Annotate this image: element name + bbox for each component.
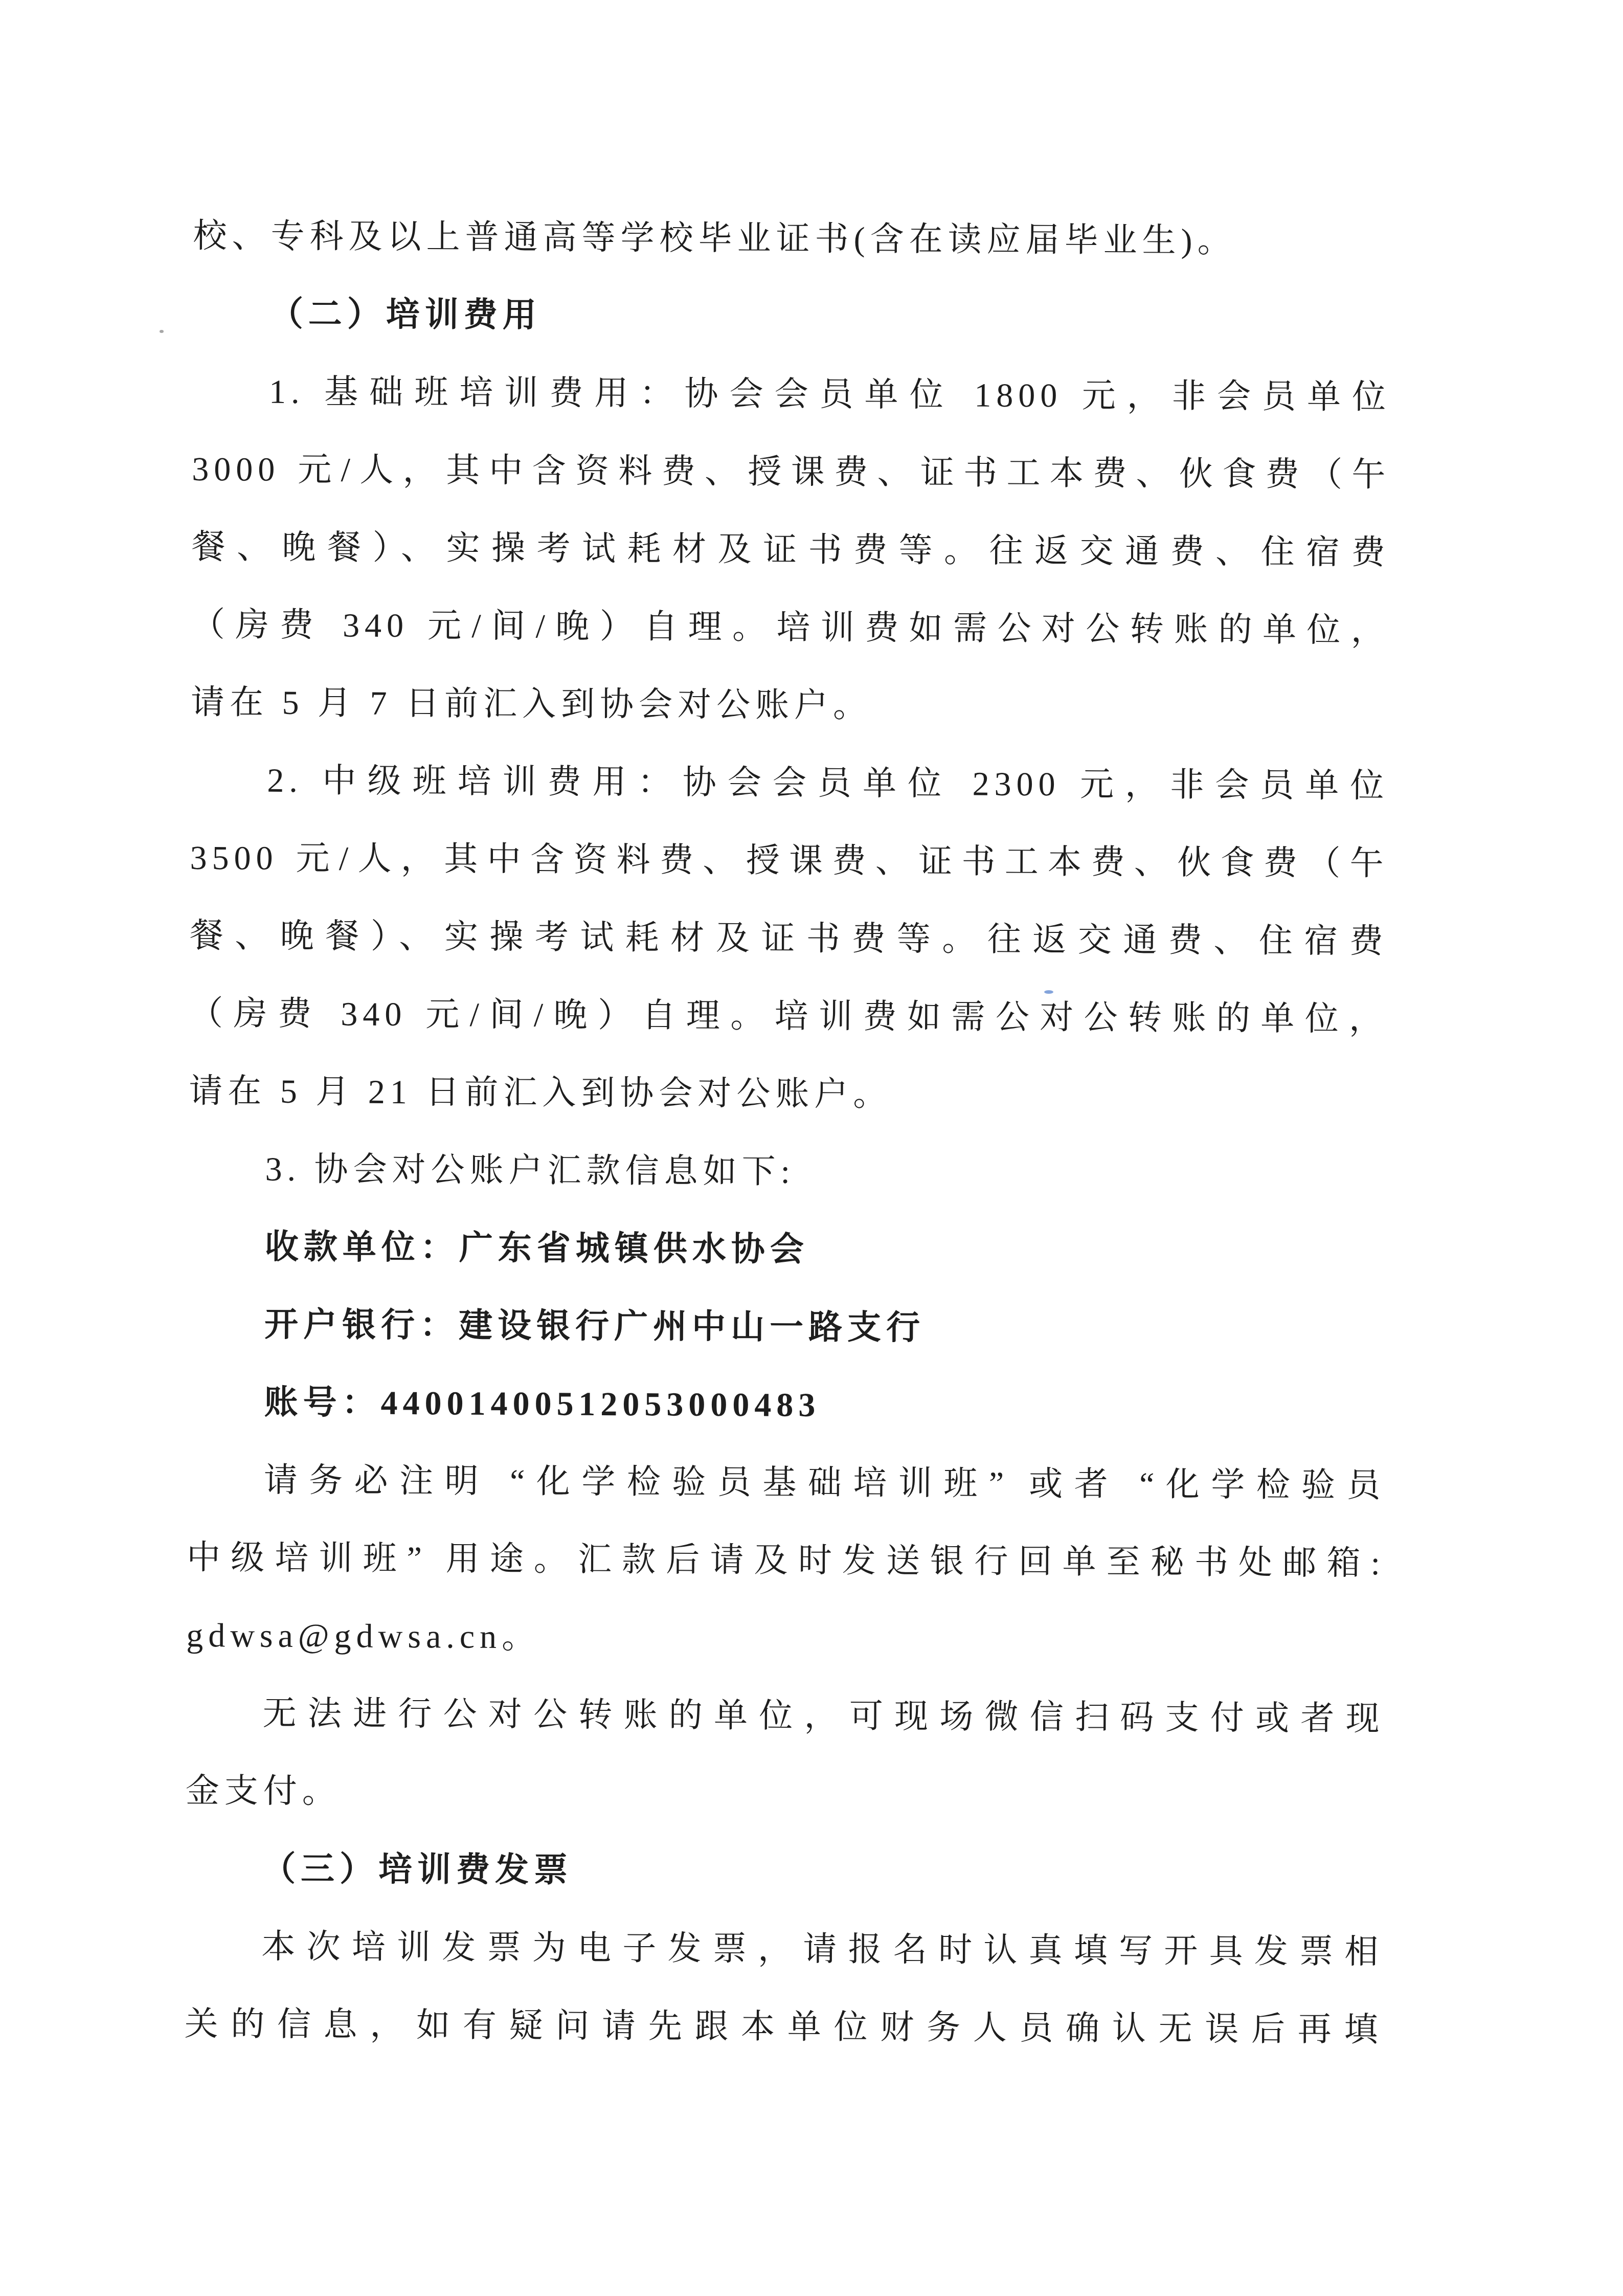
bank-info-line: 开户银行：建设银行广州中山一路支行 bbox=[188, 1286, 1387, 1369]
scan-artifact bbox=[1044, 990, 1053, 994]
text-line: 请务必注明 “化学检验员基础培训班” 或者 “化学检验员 bbox=[187, 1441, 1386, 1525]
text-line: 请在 5 月 7 日前汇入到协会对公账户。 bbox=[191, 664, 1390, 747]
text-line: 关的信息，如有疑问请先跟本单位财务人员确认无误后再填 bbox=[184, 1986, 1383, 2069]
text-line: gdwsa@gdwsa.cn。 bbox=[186, 1597, 1385, 1680]
text-line: 金支付。 bbox=[185, 1752, 1384, 1836]
text-line: 无法进行公对公转账的单位，可现场微信扫码支付或者现 bbox=[186, 1675, 1385, 1758]
text-line: 餐、晚餐）、实操考试耗材及证书费等。往返交通费、住宿费 bbox=[191, 508, 1390, 592]
bank-info-line: 收款单位：广东省城镇供水协会 bbox=[188, 1208, 1387, 1291]
text-line: 3. 协会对公账户汇款信息如下: bbox=[188, 1130, 1387, 1214]
text-line: 校、专科及以上普通高等学校毕业证书(含在读应届毕业生)。 bbox=[193, 197, 1392, 281]
scan-artifact bbox=[160, 330, 164, 333]
text-line: 3500 元/人，其中含资料费、授课费、证书工本费、伙食费（午 bbox=[190, 819, 1389, 903]
text-line: 本次培训发票为电子发票，请报名时认真填写开具发票相 bbox=[185, 1908, 1384, 1991]
document-page: 校、专科及以上普通高等学校毕业证书(含在读应届毕业生)。（二）培训费用1. 基础… bbox=[0, 0, 1623, 2296]
text-line: 2. 中级班培训费用：协会会员单位 2300 元，非会员单位 bbox=[190, 742, 1389, 825]
text-line: （房费 340 元/间/晚）自理。培训费如需公对公转账的单位， bbox=[189, 975, 1388, 1058]
text-line: 餐、晚餐）、实操考试耗材及证书费等。往返交通费、住宿费 bbox=[190, 897, 1389, 980]
section-heading: （二）培训费用 bbox=[193, 275, 1392, 359]
text-line: （房费 340 元/间/晚）自理。培训费如需公对公转账的单位， bbox=[191, 586, 1390, 670]
section-heading: （三）培训费发票 bbox=[185, 1830, 1384, 1913]
text-line: 中级培训班” 用途。汇款后请及时发送银行回单至秘书处邮箱: bbox=[187, 1519, 1386, 1602]
bank-info-line: 账号：44001400512053000483 bbox=[187, 1364, 1386, 1447]
text-block: 校、专科及以上普通高等学校毕业证书(含在读应届毕业生)。（二）培训费用1. 基础… bbox=[184, 197, 1392, 2069]
text-line: 3000 元/人，其中含资料费、授课费、证书工本费、伙食费（午 bbox=[192, 431, 1391, 514]
text-line: 请在 5 月 21 日前汇入到协会对公账户。 bbox=[189, 1053, 1388, 1136]
text-line: 1. 基础班培训费用：协会会员单位 1800 元，非会员单位 bbox=[192, 353, 1391, 436]
